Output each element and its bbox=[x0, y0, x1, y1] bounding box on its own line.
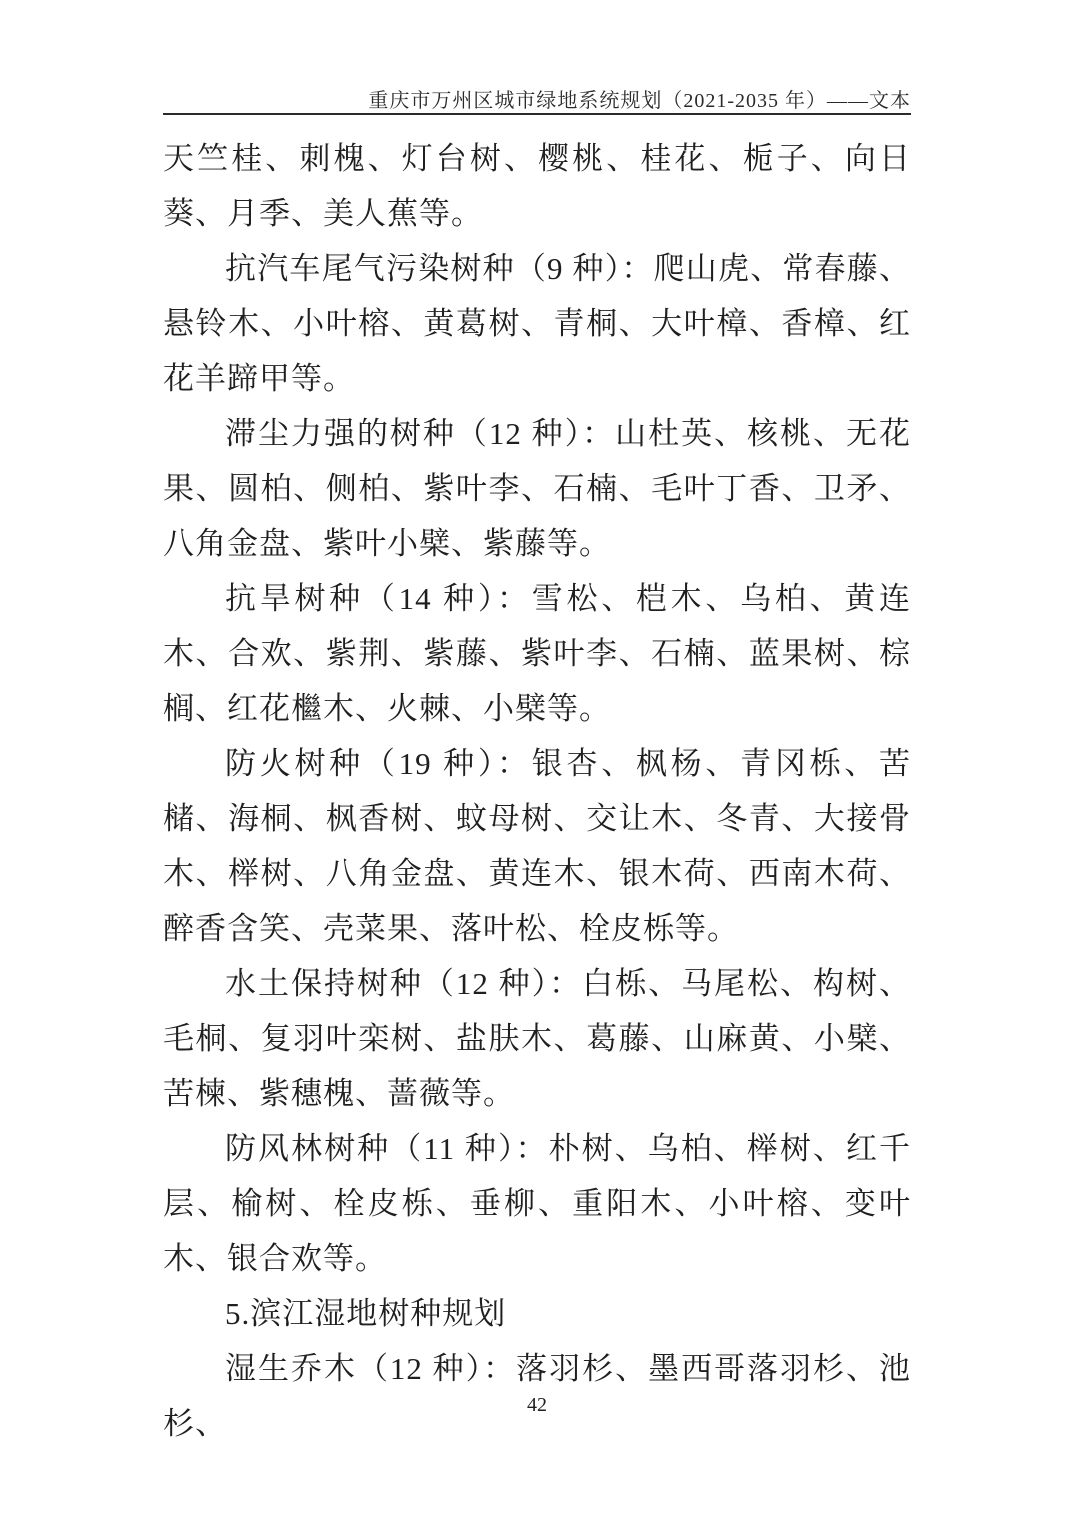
header-title: 重庆市万州区城市绿地系统规划（2021-2035 年）——文本 bbox=[163, 84, 911, 113]
header-rule bbox=[163, 113, 911, 115]
paragraph-windbreak-species: 防风林树种（11 种）：朴树、乌柏、榉树、红千层、榆树、栓皮栎、垂柳、重阳木、小… bbox=[163, 1121, 911, 1286]
paragraph-continuation: 天竺桂、刺槐、灯台树、樱桃、桂花、栀子、向日葵、月季、美人蕉等。 bbox=[163, 131, 911, 241]
paragraph-drought-resistant-species: 抗旱树种（14 种）：雪松、桤木、乌柏、黄连木、合欢、紫荆、紫藤、紫叶李、石楠、… bbox=[163, 571, 911, 736]
page-number: 42 bbox=[163, 1394, 911, 1417]
paragraph-soil-conservation-species: 水土保持树种（12 种）：白栎、马尾松、构树、毛桐、复羽叶栾树、盐肤木、葛藤、山… bbox=[163, 956, 911, 1121]
section-heading-riverside-wetland-planning: 5.滨江湿地树种规划 bbox=[163, 1286, 911, 1341]
document-page: 重庆市万州区城市绿地系统规划（2021-2035 年）——文本 天竺桂、刺槐、灯… bbox=[0, 0, 1074, 1520]
paragraph-exhaust-resistant-species: 抗汽车尾气污染树种（9 种）：爬山虎、常春藤、悬铃木、小叶榕、黄葛树、青桐、大叶… bbox=[163, 241, 911, 406]
paragraph-fireproof-species: 防火树种（19 种）：银杏、枫杨、青冈栎、苦槠、海桐、枫香树、蚊母树、交让木、冬… bbox=[163, 736, 911, 956]
paragraph-dust-retaining-species: 滞尘力强的树种（12 种）：山杜英、核桃、无花果、圆柏、侧柏、紫叶李、石楠、毛叶… bbox=[163, 406, 911, 571]
document-body: 天竺桂、刺槐、灯台树、樱桃、桂花、栀子、向日葵、月季、美人蕉等。 抗汽车尾气污染… bbox=[163, 131, 911, 1451]
